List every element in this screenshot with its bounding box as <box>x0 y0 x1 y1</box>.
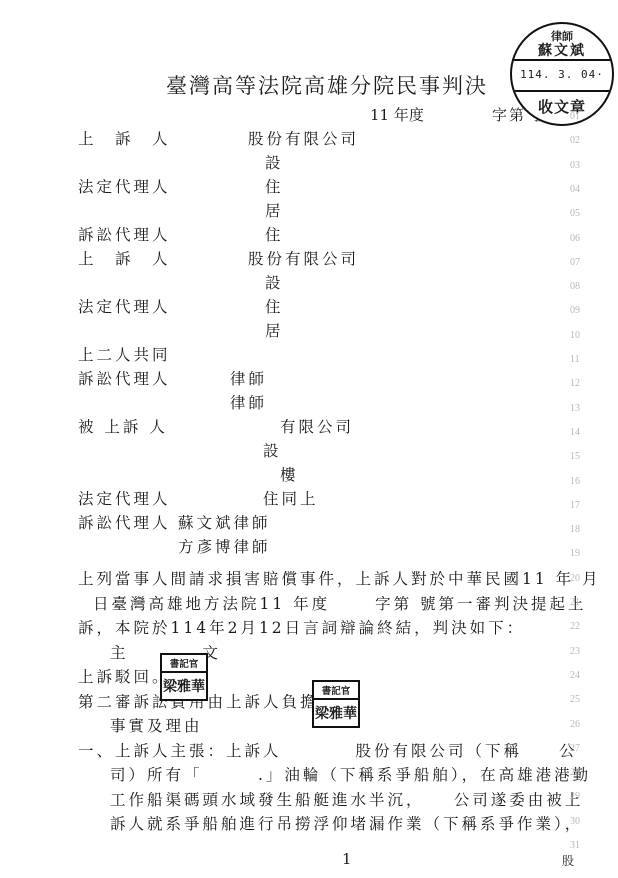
party-value: 住 <box>265 175 284 197</box>
party-value: 有限公司 <box>280 415 354 437</box>
line-number: 08 <box>570 281 580 292</box>
party-value: 住同上 <box>263 487 319 509</box>
line-number: 03 <box>570 160 580 171</box>
line-number: 20 <box>570 573 580 584</box>
body-line: 一、上訴人主張：上訴人 股份有限公司（下稱 公 <box>78 739 578 761</box>
party-role: 上 訴 人 <box>78 127 171 149</box>
line-number: 06 <box>570 233 580 244</box>
party-role: 上 訴 人 <box>78 247 171 269</box>
line-number: 15 <box>570 451 580 462</box>
line-number: 05 <box>570 208 580 219</box>
party-role: 法定代理人 <box>78 487 171 509</box>
line-number: 04 <box>570 184 580 195</box>
party-value: 股份有限公司 <box>248 127 359 149</box>
line-number: 14 <box>570 427 580 438</box>
stamp-date: 114. 3. 04· <box>512 68 612 81</box>
line-number: 09 <box>570 305 580 316</box>
line-number: 26 <box>570 719 580 730</box>
party-value: 設 <box>265 271 284 293</box>
line-number: 07 <box>570 257 580 268</box>
line-number: 10 <box>570 330 580 341</box>
body-line: 訴人就系爭船舶進行吊撈浮仰堵漏作業（下稱系爭作業）， <box>110 812 583 834</box>
case-year: 11 年度 <box>370 104 424 125</box>
line-number: 13 <box>570 403 580 414</box>
party-value: 居 <box>265 319 284 341</box>
party-value: 蘇文斌律師 <box>178 511 271 533</box>
clerk-stamp-name: 梁雅華 <box>314 700 358 726</box>
line-number: 01 <box>570 111 580 122</box>
line-number: 18 <box>570 524 580 535</box>
line-number: 29 <box>570 791 580 802</box>
document-title: 臺灣高等法院高雄分院民事判決 <box>166 70 488 100</box>
receipt-stamp: 律師 蘇文斌 114. 3. 04· 收文章 <box>510 22 614 126</box>
stamp-label: 收文章 <box>512 96 612 117</box>
body-line: 事實及理由 <box>110 714 203 736</box>
body-line: 工作船渠碼頭水域發生船艇進水半沉， 公司遂委由被上 <box>110 788 583 810</box>
party-value: 居 <box>265 199 284 221</box>
party-role: 訴訟代理人 <box>78 367 171 389</box>
line-number: 19 <box>570 548 580 559</box>
line-number: 23 <box>570 646 580 657</box>
line-number: 11 <box>570 354 580 365</box>
party-value: 設 <box>265 151 284 173</box>
line-number: 12 <box>570 378 580 389</box>
line-number: 22 <box>570 621 580 632</box>
body-line: 上訴駁回。 <box>78 665 171 687</box>
clerk-stamp-title: 書記官 <box>314 682 358 700</box>
stamp-lawyer-name: 蘇文斌 <box>512 40 612 60</box>
body-line: 司）所有「 .」油輪（下稱系爭船舶），在高雄港港勤 <box>110 763 591 785</box>
line-number: 17 <box>570 500 580 511</box>
body-line: 日臺灣高雄地方法院11 年度 字第 號第一審判決提起上 <box>93 592 587 614</box>
party-role: 法定代理人 <box>78 295 171 317</box>
party-value: 方彥博律師 <box>178 535 271 557</box>
line-number: 28 <box>570 767 580 778</box>
party-value: 樓 <box>280 463 299 485</box>
page-number: 1 <box>342 850 352 868</box>
line-number: 27 <box>570 743 580 754</box>
line-number: 02 <box>570 135 580 146</box>
party-value: 律師 <box>230 391 267 413</box>
line-number: 31 <box>570 840 580 851</box>
party-role: 法定代理人 <box>78 175 171 197</box>
line-number: 21 <box>570 597 580 608</box>
clerk-stamp: 書記官 梁雅華 <box>312 680 360 728</box>
clerk-stamp-name: 梁雅華 <box>162 673 206 699</box>
footer-char: 股 <box>562 852 574 869</box>
party-value: 股份有限公司 <box>248 247 359 269</box>
party-role: 上二人共同 <box>78 343 171 365</box>
body-line: 訴，本院於114年2月12日言詞辯論終結，判決如下： <box>78 616 525 638</box>
body-line: 上列當事人間請求損害賠償事件，上訴人對於中華民國11 年 月 <box>78 567 601 589</box>
line-number: 16 <box>570 476 580 487</box>
line-number: 25 <box>570 694 580 705</box>
party-value: 住 <box>265 295 284 317</box>
party-value: 設 <box>263 439 282 461</box>
line-number: 30 <box>570 816 580 827</box>
party-value: 住 <box>265 223 284 245</box>
line-number: 24 <box>570 670 580 681</box>
clerk-stamp-title: 書記官 <box>162 655 206 673</box>
party-value: 律師 <box>230 367 267 389</box>
clerk-stamp: 書記官 梁雅華 <box>160 653 208 701</box>
party-role: 訴訟代理人 <box>78 511 171 533</box>
party-role: 被 上訴 人 <box>78 415 168 437</box>
party-role: 訴訟代理人 <box>78 223 171 245</box>
